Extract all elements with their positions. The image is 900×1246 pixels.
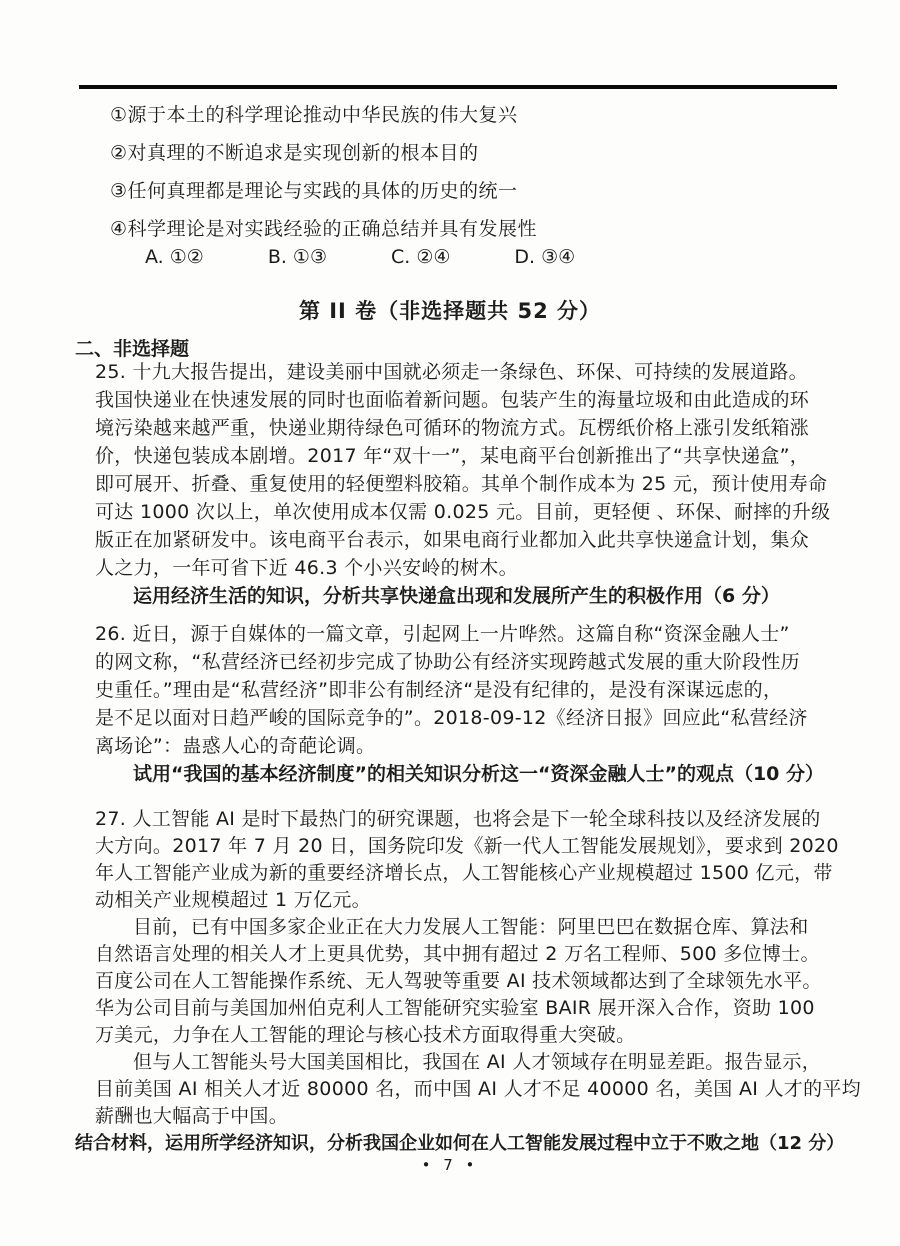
section-heading: 二、非选择题: [75, 334, 189, 361]
q26-prompt: 试用“我国的基本经济制度”的相关知识分析这一“资深金融人士”的观点（10 分）: [95, 760, 824, 788]
q25-line: 境污染越来越严重，快递业期待绿色可循环的物流方式。瓦楞纸价格上涨引发纸箱涨: [95, 414, 830, 442]
statement-4: ④科学理论是对实践经验的正确总结并具有发展性: [110, 210, 537, 248]
question-26: 26. 近日，源于自媒体的一篇文章，引起网上一片哗然。这篇自称“资深金融人士” …: [95, 620, 824, 788]
q26-line: 26. 近日，源于自媒体的一篇文章，引起网上一片哗然。这篇自称“资深金融人士”: [95, 620, 824, 648]
answer-choices: A. ①② B. ①③ C. ②④ D. ③④: [145, 246, 575, 268]
q27-line: 薪酬也大幅高于中国。: [95, 1103, 861, 1130]
q25-line: 价，快递包装成本剧增。2017 年“双十一”，某电商平台创新推出了“共享快递盒”…: [95, 442, 830, 470]
header-rule: [79, 85, 837, 89]
q26-line: 史重任。”理由是“私营经济”即非公有制经济“是没有纪律的，是没有深谋远虑的，: [95, 676, 824, 704]
q27-line: 大方向。2017 年 7 月 20 日，国务院印发《新一代人工智能发展规划》，要…: [95, 833, 861, 860]
q27-line: 自然语言处理的相关人才上更具优势，其中拥有超过 2 万名工程师、500 多位博士…: [95, 941, 861, 968]
choice-b: B. ①③: [268, 246, 327, 268]
q27-line: 27. 人工智能 AI 是时下最热门的研究课题，也将会是下一轮全球科技以及经济发…: [95, 806, 861, 833]
q27-line: 动相关产业规模超过 1 万亿元。: [95, 887, 861, 914]
choice-c: C. ②④: [391, 246, 450, 268]
q27-line: 华为公司目前与美国加州伯克利人工智能研究实验室 BAIR 展开深入合作，资助 1…: [95, 995, 861, 1022]
statement-2: ②对真理的不断追求是实现创新的根本目的: [110, 134, 537, 172]
statement-1: ①源于本土的科学理论推动中华民族的伟大复兴: [110, 96, 537, 134]
q27-prompt: 结合材料，运用所学经济知识，分析我国企业如何在人工智能发展过程中立于不败之地（1…: [75, 1130, 861, 1157]
choice-a: A. ①②: [145, 246, 204, 268]
page-number: • 7 •: [0, 1156, 900, 1174]
q25-prompt: 运用经济生活的知识，分析共享快递盒出现和发展所产生的积极作用（6 分）: [95, 582, 830, 610]
q25-line: 25. 十九大报告提出，建设美丽中国就必须走一条绿色、环保、可持续的发展道路。: [95, 358, 830, 386]
q26-line: 是不足以面对日趋严峻的国际竞争的”。2018-09-12《经济日报》回应此“私营…: [95, 704, 824, 732]
section-title: 第 II 卷（非选择题共 52 分）: [0, 295, 900, 325]
q25-line: 版正在加紧研发中。该电商平台表示，如果电商行业都加入此共享快递盒计划，集众: [95, 526, 830, 554]
question-27: 27. 人工智能 AI 是时下最热门的研究课题，也将会是下一轮全球科技以及经济发…: [95, 806, 861, 1157]
q25-line: 即可展开、折叠、重复使用的轻便塑料胶箱。其单个制作成本为 25 元，预计使用寿命: [95, 470, 830, 498]
q27-line: 但与人工智能头号大国美国相比，我国在 AI 人才领域存在明显差距。报告显示，: [95, 1049, 861, 1076]
question-25: 25. 十九大报告提出，建设美丽中国就必须走一条绿色、环保、可持续的发展道路。 …: [95, 358, 830, 610]
q25-line: 可达 1000 次以上，单次使用成本仅需 0.025 元。目前，更轻便 、环保、…: [95, 498, 830, 526]
q27-line: 目前，已有中国多家企业正在大力发展人工智能：阿里巴巴在数据仓库、算法和: [95, 914, 861, 941]
q25-line: 人之力，一年可省下近 46.3 个小兴安岭的树木。: [95, 554, 830, 582]
q25-line: 我国快递业在快速发展的同时也面临着新问题。包装产生的海量垃圾和由此造成的环: [95, 386, 830, 414]
q27-line: 万美元，力争在人工智能的理论与核心技术方面取得重大突破。: [95, 1022, 861, 1049]
q26-line: 离场论”：蛊惑人心的奇葩论调。: [95, 732, 824, 760]
q26-line: 的网文称，“私营经济已经初步完成了协助公有经济实现跨越式发展的重大阶段性历: [95, 648, 824, 676]
exam-page: ①源于本土的科学理论推动中华民族的伟大复兴 ②对真理的不断追求是实现创新的根本目…: [0, 0, 900, 1246]
choice-d: D. ③④: [514, 246, 575, 268]
statement-3: ③任何真理都是理论与实践的具体的历史的统一: [110, 172, 537, 210]
q27-line: 年人工智能产业成为新的重要经济增长点，人工智能核心产业规模超过 1500 亿元，…: [95, 860, 861, 887]
q27-line: 目前美国 AI 相关人才近 80000 名，而中国 AI 人才不足 40000 …: [95, 1076, 861, 1103]
option-statements: ①源于本土的科学理论推动中华民族的伟大复兴 ②对真理的不断追求是实现创新的根本目…: [110, 96, 537, 248]
q27-line: 百度公司在人工智能操作系统、无人驾驶等重要 AI 技术领域都达到了全球领先水平。: [95, 968, 861, 995]
